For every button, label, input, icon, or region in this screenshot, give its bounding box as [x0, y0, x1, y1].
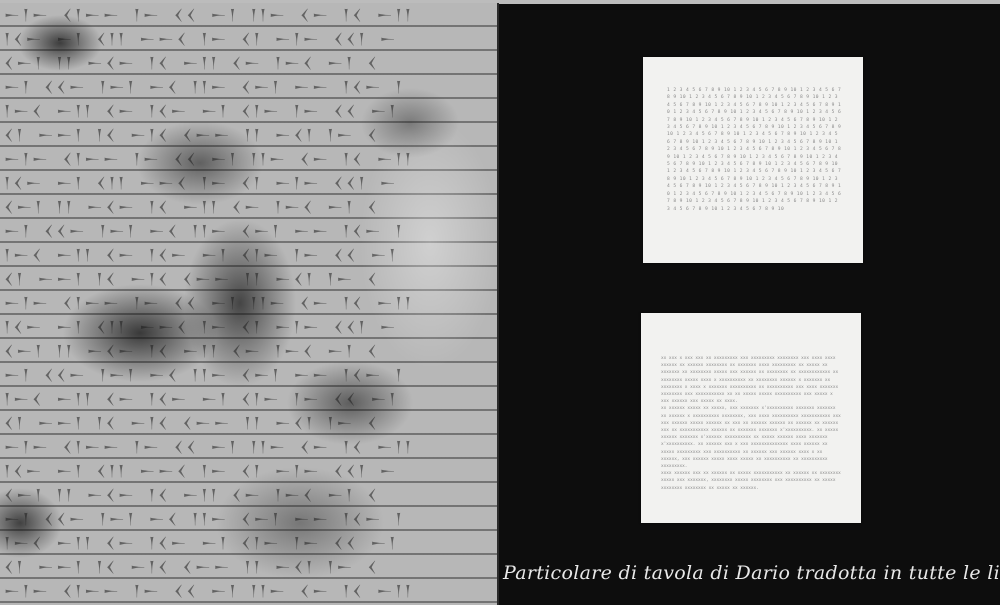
typed-paragraph: xx xxxxxx xxxxx xx xxxxx, xxx xxxxxxx x'… — [661, 405, 841, 470]
typed-text-panel: xx xxx x xxx xxx xx xxxxxxxxx xxx xxxxxx… — [641, 313, 861, 523]
cuneiform-row: 𒁹𒌋𒀸 𒀸𒁹 𒌋𒁹𒁹 𒀸𒀸𒌋 𒁹𒀸 𒌋𒁹 𒀸𒁹𒀸 𒌋𒌋𒁹 𒀸 — [0, 459, 497, 483]
cuneiform-row: 𒁹𒌋𒀸 𒀸𒁹 𒌋𒁹𒁹 𒀸𒀸𒌋 𒁹𒀸 𒌋𒁹 𒀸𒁹𒀸 𒌋𒌋𒁹 𒀸 — [0, 171, 497, 195]
cuneiform-row: 𒌋𒁹 𒀸𒀸𒁹 𒁹𒌋 𒀸𒁹𒌋 𒌋𒀸𒀸 𒁹𒁹 𒀸𒌋𒁹 𒁹𒀸 𒌋 — [0, 555, 497, 579]
number-sequence-text: 1 2 3 4 5 6 7 8 9 10 1 2 3 4 5 6 7 8 9 1… — [667, 87, 842, 213]
handwritten-caption: Particolare di tavola di Dario tradotta … — [503, 562, 983, 584]
cuneiform-row: 𒀸𒁹 𒌋𒌋𒀸 𒁹𒀸𒁹 𒀸𒌋 𒁹𒁹𒀸 𒌋𒀸𒁹 𒀸𒀸 𒁹𒌋𒀸 𒁹 — [0, 363, 497, 387]
cuneiform-row: 𒌋𒀸𒁹 𒁹𒁹 𒀸𒌋𒀸 𒁹𒌋 𒀸𒁹𒁹 𒌋𒀸 𒁹𒀸𒌋 𒀸𒁹 𒌋 — [0, 339, 497, 363]
cuneiform-row: 𒁹𒀸𒌋 𒀸𒁹𒁹 𒌋𒀸 𒁹𒌋𒀸 𒀸𒁹 𒌋𒁹𒀸 𒁹𒀸 𒌋𒌋 𒀸𒁹 — [0, 531, 497, 555]
cuneiform-row: 𒌋𒀸𒁹 𒁹𒁹 𒀸𒌋𒀸 𒁹𒌋 𒀸𒁹𒁹 𒌋𒀸 𒁹𒀸𒌋 𒀸𒁹 𒌋 — [0, 195, 497, 219]
cuneiform-row: 𒁹𒀸𒌋 𒀸𒁹𒁹 𒌋𒀸 𒁹𒌋𒀸 𒀸𒁹 𒌋𒁹𒀸 𒁹𒀸 𒌋𒌋 𒀸𒁹 — [0, 243, 497, 267]
cuneiform-row: 𒁹𒀸𒌋 𒀸𒁹𒁹 𒌋𒀸 𒁹𒌋𒀸 𒀸𒁹 𒌋𒁹𒀸 𒁹𒀸 𒌋𒌋 𒀸𒁹 — [0, 387, 497, 411]
cuneiform-row: 𒀸𒁹𒀸 𒌋𒁹𒀸𒀸 𒁹𒀸 𒌋𒌋 𒀸𒁹 𒁹𒁹𒀸 𒌋𒀸 𒁹𒌋 𒀸𒁹𒁹 — [0, 579, 497, 603]
cuneiform-row: 𒀸𒁹 𒌋𒌋𒀸 𒁹𒀸𒁹 𒀸𒌋 𒁹𒁹𒀸 𒌋𒀸𒁹 𒀸𒀸 𒁹𒌋𒀸 𒁹 — [0, 507, 497, 531]
cuneiform-row: 𒌋𒀸𒁹 𒁹𒁹 𒀸𒌋𒀸 𒁹𒌋 𒀸𒁹𒁹 𒌋𒀸 𒁹𒀸𒌋 𒀸𒁹 𒌋 — [0, 51, 497, 75]
typed-text-body: xx xxx x xxx xxx xx xxxxxxxxx xxx xxxxxx… — [661, 355, 841, 492]
cuneiform-row: 𒌋𒀸𒁹 𒁹𒁹 𒀸𒌋𒀸 𒁹𒌋 𒀸𒁹𒁹 𒌋𒀸 𒁹𒀸𒌋 𒀸𒁹 𒌋 — [0, 483, 497, 507]
cuneiform-row: 𒁹𒌋𒀸 𒀸𒁹 𒌋𒁹𒁹 𒀸𒀸𒌋 𒁹𒀸 𒌋𒁹 𒀸𒁹𒀸 𒌋𒌋𒁹 𒀸 — [0, 315, 497, 339]
numbers-panel: 1 2 3 4 5 6 7 8 9 10 1 2 3 4 5 6 7 8 9 1… — [643, 57, 863, 263]
typed-paragraph: xx xxx x xxx xxx xx xxxxxxxxx xxx xxxxxx… — [661, 355, 841, 405]
cuneiform-row: 𒀸𒁹𒀸 𒌋𒁹𒀸𒀸 𒁹𒀸 𒌋𒌋 𒀸𒁹 𒁹𒁹𒀸 𒌋𒀸 𒁹𒌋 𒀸𒁹𒁹 — [0, 3, 497, 27]
cuneiform-row: 𒀸𒁹 𒌋𒌋𒀸 𒁹𒀸𒁹 𒀸𒌋 𒁹𒁹𒀸 𒌋𒀸𒁹 𒀸𒀸 𒁹𒌋𒀸 𒁹 — [0, 75, 497, 99]
typed-paragraph: xxxx xxxxxx xxx xx xxxxxx xx xxxxx xxxxx… — [661, 470, 841, 492]
cuneiform-row: 𒌋𒁹 𒀸𒀸𒁹 𒁹𒌋 𒀸𒁹𒌋 𒌋𒀸𒀸 𒁹𒁹 𒀸𒌋𒁹 𒁹𒀸 𒌋 — [0, 267, 497, 291]
cuneiform-row: 𒀸𒁹𒀸 𒌋𒁹𒀸𒀸 𒁹𒀸 𒌋𒌋 𒀸𒁹 𒁹𒁹𒀸 𒌋𒀸 𒁹𒌋 𒀸𒁹𒁹 — [0, 291, 497, 315]
cuneiform-row: 𒀸𒁹𒀸 𒌋𒁹𒀸𒀸 𒁹𒀸 𒌋𒌋 𒀸𒁹 𒁹𒁹𒀸 𒌋𒀸 𒁹𒌋 𒀸𒁹𒁹 — [0, 435, 497, 459]
cuneiform-row: 𒁹𒀸𒌋 𒀸𒁹𒁹 𒌋𒀸 𒁹𒌋𒀸 𒀸𒁹 𒌋𒁹𒀸 𒁹𒀸 𒌋𒌋 𒀸𒁹 — [0, 99, 497, 123]
cuneiform-row: 𒌋𒁹 𒀸𒀸𒁹 𒁹𒌋 𒀸𒁹𒌋 𒌋𒀸𒀸 𒁹𒁹 𒀸𒌋𒁹 𒁹𒀸 𒌋 — [0, 411, 497, 435]
cuneiform-row: 𒁹𒌋𒀸 𒀸𒁹 𒌋𒁹𒁹 𒀸𒀸𒌋 𒁹𒀸 𒌋𒁹 𒀸𒁹𒀸 𒌋𒌋𒁹 𒀸 — [0, 27, 497, 51]
cuneiform-row: 𒌋𒁹 𒀸𒀸𒁹 𒁹𒌋 𒀸𒁹𒌋 𒌋𒀸𒀸 𒁹𒁹 𒀸𒌋𒁹 𒁹𒀸 𒌋 — [0, 123, 497, 147]
cuneiform-row: 𒀸𒁹 𒌋𒌋𒀸 𒁹𒀸𒁹 𒀸𒌋 𒁹𒁹𒀸 𒌋𒀸𒁹 𒀸𒀸 𒁹𒌋𒀸 𒁹 — [0, 219, 497, 243]
tablet-edge — [497, 3, 499, 605]
cuneiform-row: 𒀸𒁹𒀸 𒌋𒁹𒀸𒀸 𒁹𒀸 𒌋𒌋 𒀸𒁹 𒁹𒁹𒀸 𒌋𒀸 𒁹𒌋 𒀸𒁹𒁹 — [0, 147, 497, 171]
cuneiform-tablet-image: 𒀸𒁹𒀸 𒌋𒁹𒀸𒀸 𒁹𒀸 𒌋𒌋 𒀸𒁹 𒁹𒁹𒀸 𒌋𒀸 𒁹𒌋 𒀸𒁹𒁹 𒁹𒌋𒀸 𒀸𒁹 𒌋… — [0, 3, 497, 605]
cuneiform-rows: 𒀸𒁹𒀸 𒌋𒁹𒀸𒀸 𒁹𒀸 𒌋𒌋 𒀸𒁹 𒁹𒁹𒀸 𒌋𒀸 𒁹𒌋 𒀸𒁹𒁹 𒁹𒌋𒀸 𒀸𒁹 𒌋… — [0, 3, 497, 605]
